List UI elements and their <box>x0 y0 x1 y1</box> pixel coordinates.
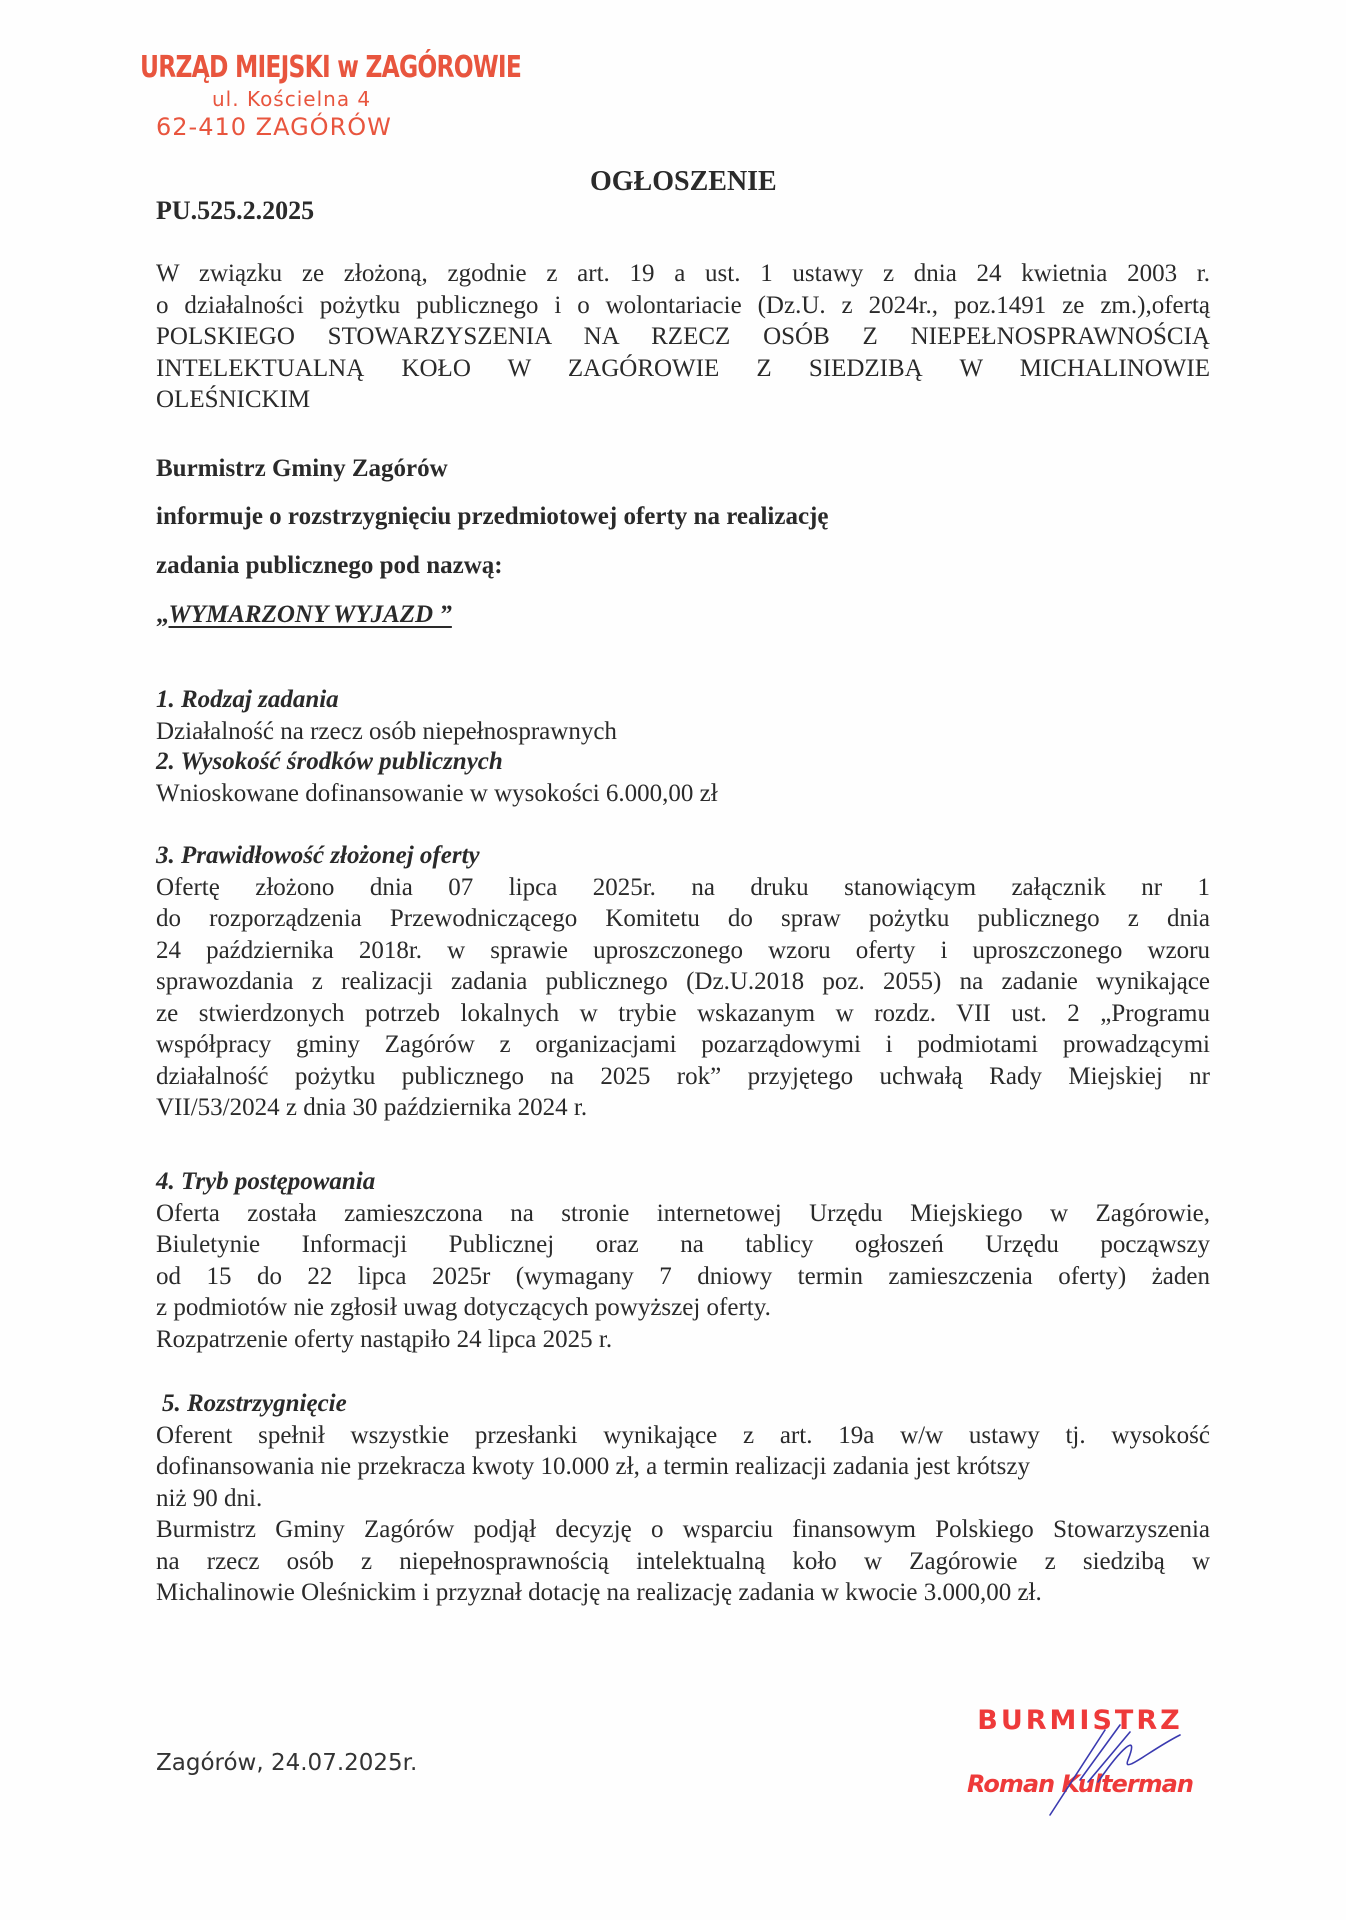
section-line: z podmiotów nie zgłosił uwag dotyczących… <box>156 1292 1210 1324</box>
section-line: Działalność na rzecz osób niepełnosprawn… <box>156 716 1210 748</box>
task-name-quote: „ <box>156 601 169 628</box>
section-line: niż 90 dni. <box>156 1483 1210 1515</box>
informs-line-1: informuje o rozstrzygnięciu przedmiotowe… <box>156 503 828 531</box>
section-line: Burmistrz Gminy Zagórów podjął decyzję o… <box>156 1514 1210 1546</box>
document-page: URZĄD MIEJSKI w ZAGÓROWIE ul. Kościelna … <box>0 0 1346 1920</box>
section-line: na rzecz osób z niepełnosprawnością inte… <box>156 1546 1210 1578</box>
stamp-street: ul. Kościelna 4 <box>148 87 448 111</box>
section-line: dofinansowania nie przekracza kwoty 10.0… <box>156 1451 1210 1483</box>
section-heading: 1. Rodzaj zadania <box>156 684 1210 716</box>
stamp-city: 62-410 ZAGÓRÓW <box>148 113 448 141</box>
informs-line-2: zadania publicznego pod nazwą: <box>156 552 503 580</box>
document-title: OGŁOSZENIE <box>590 166 777 198</box>
section-line: działalność pożytku publicznego na 2025 … <box>156 1061 1210 1093</box>
section-line: Oferent spełnił wszystkie przesłanki wyn… <box>156 1420 1210 1452</box>
section-heading: 4. Tryb postępowania <box>156 1166 1210 1198</box>
intro-line: o działalności pożytku publicznego i o w… <box>156 290 1210 322</box>
intro-line: INTELEKTUALNĄ KOŁO W ZAGÓROWIE Z SIEDZIB… <box>156 353 1210 385</box>
task-name: „WYMARZONY WYJAZD ” <box>156 601 452 629</box>
section-heading: 5. Rozstrzygnięcie <box>156 1388 1210 1420</box>
section-line: ze stwierdzonych potrzeb lokalnych w try… <box>156 998 1210 1030</box>
section-1: 1. Rodzaj zadania Działalność na rzecz o… <box>156 684 1210 747</box>
section-line: od 15 do 22 lipca 2025r (wymagany 7 dnio… <box>156 1261 1210 1293</box>
section-line: współpracy gminy Zagórów z organizacjami… <box>156 1029 1210 1061</box>
task-name-text: WYMARZONY WYJAZD ” <box>169 601 452 628</box>
intro-line: W związku ze złożoną, zgodnie z art. 19 … <box>156 258 1210 290</box>
stamp-office-name: URZĄD MIEJSKI w ZAGÓROWIE <box>140 50 380 85</box>
intro-line: OLEŚNICKIM <box>156 384 1210 416</box>
intro-paragraph: W związku ze złożoną, zgodnie z art. 19 … <box>156 258 1210 416</box>
section-line: Michalinowie Oleśnickim i przyznał dotac… <box>156 1577 1210 1609</box>
section-2: 2. Wysokość środków publicznych Wnioskow… <box>156 746 1210 809</box>
section-4: 4. Tryb postępowania Oferta została zami… <box>156 1166 1210 1355</box>
section-5: 5. Rozstrzygnięcie Oferent spełnił wszys… <box>156 1388 1210 1609</box>
section-line: Ofertę złożono dnia 07 lipca 2025r. na d… <box>156 872 1210 904</box>
section-heading: 2. Wysokość środków publicznych <box>156 746 1210 778</box>
section-line: Wnioskowane dofinansowanie w wysokości 6… <box>156 778 1210 810</box>
section-line: Rozpatrzenie oferty nastąpiło 24 lipca 2… <box>156 1324 1210 1356</box>
section-line: do rozporządzenia Przewodniczącego Komit… <box>156 903 1210 935</box>
section-3: 3. Prawidłowość złożonej oferty Ofertę z… <box>156 840 1210 1124</box>
place-and-date: Zagórów, 24.07.2025r. <box>156 1750 417 1776</box>
authority-heading: Burmistrz Gminy Zagórów <box>156 455 448 483</box>
section-line: Biuletynie Informacji Publicznej oraz na… <box>156 1229 1210 1261</box>
reference-number: PU.525.2.2025 <box>156 196 314 226</box>
office-stamp: URZĄD MIEJSKI w ZAGÓROWIE ul. Kościelna … <box>148 50 448 141</box>
section-heading: 3. Prawidłowość złożonej oferty <box>156 840 1210 872</box>
handwritten-signature-icon <box>1010 1690 1190 1820</box>
intro-line: POLSKIEGO STOWARZYSZENIA NA RZECZ OSÓB Z… <box>156 321 1210 353</box>
section-line: VII/53/2024 z dnia 30 października 2024 … <box>156 1092 1210 1124</box>
section-line: 24 października 2018r. w sprawie uproszc… <box>156 935 1210 967</box>
section-line: Oferta została zamieszczona na stronie i… <box>156 1198 1210 1230</box>
section-line: sprawozdania z realizacji zadania public… <box>156 966 1210 998</box>
